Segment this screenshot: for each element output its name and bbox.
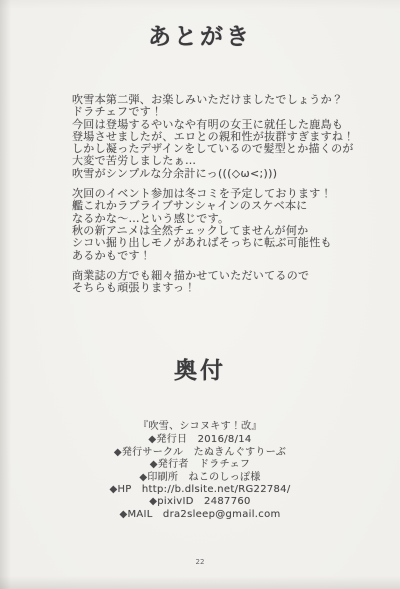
page-number: 22 <box>0 558 400 566</box>
colophon-line-printer: ◆印刷所 ねこのしっぽ様 <box>0 472 400 484</box>
colophon-line-circle: ◆発行サークル たぬきんぐすりーぶ <box>0 447 400 459</box>
colophon-line-hp-url: ◆HP http://b.dlsite.net/RG22784/ <box>0 484 400 496</box>
colophon-heading: 奥付 <box>0 352 400 385</box>
afterword-heading: あとがき <box>0 18 400 51</box>
afterword-line: ドラチェフです！ <box>72 106 376 118</box>
scanned-doujin-page: あとがき 吹雪本第二弾、お楽しみいただけましたでしょうか？ ドラチェフです！ 今… <box>0 0 400 589</box>
afterword-line: 艦これかラブライブサンシャインのスケベ本に <box>72 200 376 212</box>
afterword-line: シコい掘り出しモノがあればそっちに転ぶ可能性も <box>72 237 376 249</box>
colophon-body: 『吹雪、シコヌキす！改』 ◆発行日 2016/8/14 ◆発行サークル たぬきん… <box>0 421 400 521</box>
colophon-book-title: 『吹雪、シコヌキす！改』 <box>0 421 400 433</box>
afterword-line: 大変で苦労しましたぁ… <box>72 155 376 167</box>
colophon-line-publish-date: ◆発行日 2016/8/14 <box>0 434 400 446</box>
afterword-line: そちらも頑張りますっ！ <box>72 282 376 294</box>
afterword-line: あるかもです！ <box>72 250 376 262</box>
afterword-line: 吹雪がシンプルな分余計にっ(((◇ω<;))) <box>72 168 376 180</box>
colophon-line-mail-address: ◆MAIL dra2sleep@gmail.com <box>0 509 400 521</box>
colophon-line-pixiv-id: ◆pixivID 2487760 <box>0 496 400 508</box>
colophon-line-publisher: ◆発行者 ドラチェフ <box>0 459 400 471</box>
afterword-body: 吹雪本第二弾、お楽しみいただけましたでしょうか？ ドラチェフです！ 今回は登場す… <box>72 86 376 294</box>
